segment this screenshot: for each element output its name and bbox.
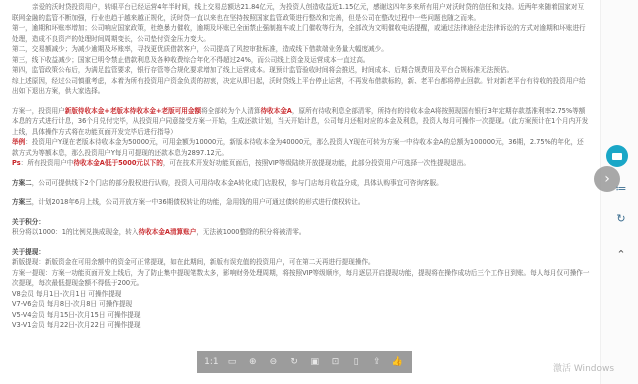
list-icon[interactable]: ≔ <box>613 182 629 195</box>
like-icon[interactable]: 👍 <box>390 357 406 367</box>
image-viewer-toolbar: 1:1 ▭ ⊕ ⊖ ↻ ▣ ⊡ ▯ ⇪ 👍 <box>197 351 412 373</box>
plan-one: 方案一，投资用户新版待收本金+老版本待收本金+老版可用金额将全部转为个人清算待收… <box>12 106 590 138</box>
save-icon[interactable]: ▣ <box>307 357 323 367</box>
withdraw-line: 方案一提现：方案一功能页面开发上线后，为了防止集中提现笔数太多，影响财务处理周期… <box>12 268 590 289</box>
points-text: 积分将以1000：1的比例兑换成现金，转入待收本金A清算账户，无法被1000整除… <box>12 227 590 238</box>
ps-note: Ps：所有投资用户中待收本金A低于5000元以下的，可在技术开发好功能页面后，按… <box>12 158 590 169</box>
intro-paragraph: 亲爱的沃时贷投资用户，转眼平台已经运营4年半时间，线上交易总额达21.84亿元，… <box>12 2 590 23</box>
withdraw-line: 新版提现：新版资金在可用余额中的资金可正常提现，如在此期间，新版有误充值的投资用… <box>12 257 590 268</box>
tablet-icon[interactable]: ▯ <box>348 357 364 367</box>
refresh-icon[interactable]: ↻ <box>613 212 629 225</box>
vip-schedule: V3-V1会员 每月22日-次月22日 可操作提现 <box>12 320 590 331</box>
bookmark-icon[interactable]: ⊡ <box>327 357 343 367</box>
rotate-icon[interactable]: ↻ <box>286 357 302 367</box>
points-heading: 关于积分： <box>12 217 590 228</box>
vip-schedule: V8会员 每月1日-次月1日 可操作提现 <box>12 289 590 300</box>
fit-screen-icon[interactable]: ▭ <box>224 357 240 367</box>
zoom-in-icon[interactable]: ⊕ <box>245 357 261 367</box>
withdraw-heading: 关于提现： <box>12 247 590 258</box>
windows-activation-watermark: 激活 Windows <box>553 361 614 374</box>
reason-3: 第三，线下收益减少；国家已明令禁止借款利息及各种收费综合年化不得超过24%，而公… <box>12 55 590 66</box>
plan-two: 方案二，公司可提供线下2个门店的部分股权进行认购，投资人可用待收本金A转化成门店… <box>12 178 590 189</box>
scroll-up-icon[interactable]: ⌃ <box>613 248 629 261</box>
actual-size-button[interactable]: 1:1 <box>203 357 219 367</box>
chevron-right-icon: › <box>604 171 610 187</box>
vip-schedule: V5-V4会员 每月15日-次月15日 可操作提现 <box>12 310 590 321</box>
example: 举例：投资用户Y现在老版本待收本金为50000元，可用金额为10000元，新版本… <box>12 137 590 158</box>
document-content: 亲爱的沃时贷投资用户，转眼平台已经运营4年半时间，线上交易总额达21.84亿元，… <box>0 0 600 384</box>
plan-three: 方案三，计划2018年6月上线，公司开放方案一中36期债权转让的功能，急用钱的用… <box>12 197 590 208</box>
reason-4: 第四，监管政策公布后，为满足监管要求，银行存管等合规化要求增加了线上运营成本。现… <box>12 65 590 76</box>
chat-button[interactable] <box>606 145 628 167</box>
vip-schedule: V7-V6会员 每月8日-次月8日 可操作提现 <box>12 299 590 310</box>
conclusion: 综上述原因，经过公司慎重考虑，本着为所有投资用户资金负责的初衷，决定从即日起，沃… <box>12 76 590 97</box>
reason-1: 第一，逾期和坏账率增加；公司响应国家政策，杜绝暴力催收，逾期及坏账已全面禁止强制… <box>12 23 590 44</box>
share-icon[interactable]: ⇪ <box>369 357 385 367</box>
chat-icon <box>612 153 622 160</box>
reason-2: 第二，交易额减少；为减少逾期及坏账率，寻找更优质借款客户，公司提高了风控审批标准… <box>12 44 590 55</box>
zoom-out-icon[interactable]: ⊖ <box>265 357 281 367</box>
